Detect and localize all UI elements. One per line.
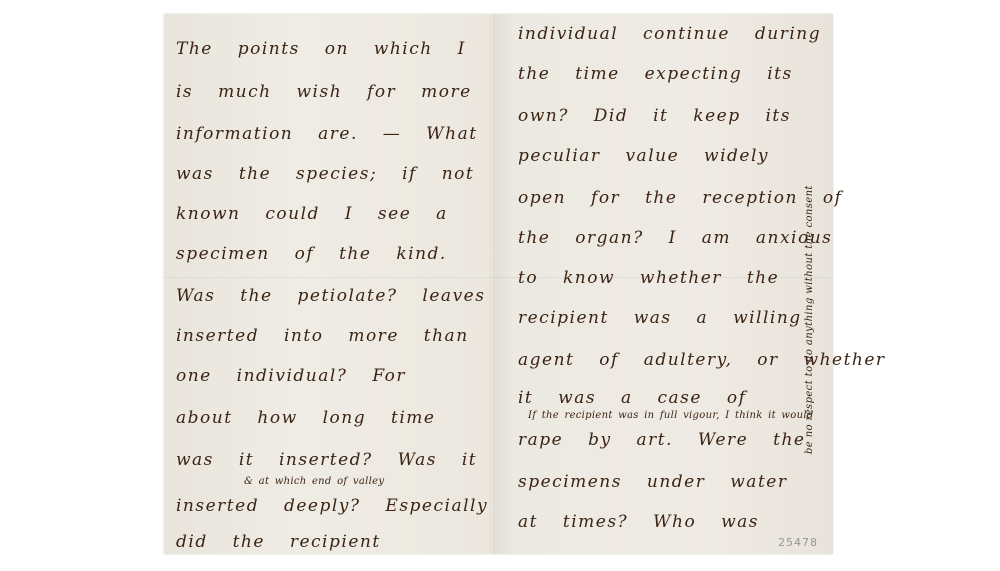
handwritten-line: individual continue during: [518, 24, 821, 44]
left-page: The points on which I is much wish for m…: [164, 14, 494, 554]
handwritten-line: rape by art. Were the: [518, 430, 805, 450]
handwritten-line: the organ? I am anxious: [518, 228, 832, 248]
handwritten-line: was it inserted? Was it: [176, 450, 477, 470]
handwritten-line: inserted deeply? Especially: [176, 496, 488, 516]
handwritten-line: open for the reception of: [518, 188, 842, 208]
right-page: individual continue during the time expe…: [496, 14, 833, 554]
margin-note: be no respect to do anything without the…: [804, 185, 815, 454]
handwritten-line: did the recipient: [176, 532, 381, 552]
interlinear-insertion: & at which end of valley: [244, 476, 384, 487]
handwritten-line: about how long time: [176, 408, 435, 428]
handwritten-line: The points on which I: [176, 39, 466, 59]
handwritten-line: was the species; if not: [176, 164, 474, 184]
handwritten-line: inserted into more than: [176, 326, 469, 346]
handwritten-line: own? Did it keep its: [518, 106, 791, 126]
handwritten-line: specimen of the kind.: [176, 244, 447, 264]
handwritten-line: one individual? For: [176, 366, 406, 386]
handwritten-line: is much wish for more: [176, 82, 472, 102]
handwritten-line: peculiar value widely: [518, 146, 769, 166]
letter-sheet: The points on which I is much wish for m…: [164, 14, 833, 554]
handwritten-line: it was a case of: [518, 388, 746, 408]
handwritten-line: known could I see a: [176, 204, 448, 224]
handwritten-line: at times? Who was: [518, 512, 759, 532]
handwritten-line: agent of adultery, or whether: [518, 350, 886, 370]
handwritten-line: information are. — What: [176, 124, 478, 144]
handwritten-line: to know whether the: [518, 268, 779, 288]
handwritten-line: Was the petiolate? leaves: [176, 286, 485, 306]
handwritten-line: specimens under water: [518, 472, 787, 492]
handwritten-line: recipient was a willing: [518, 308, 802, 328]
interlinear-insertion: If the recipient was in full vigour, I t…: [528, 410, 814, 421]
handwritten-line: the time expecting its: [518, 64, 793, 84]
catalog-number: 25478: [778, 536, 818, 549]
